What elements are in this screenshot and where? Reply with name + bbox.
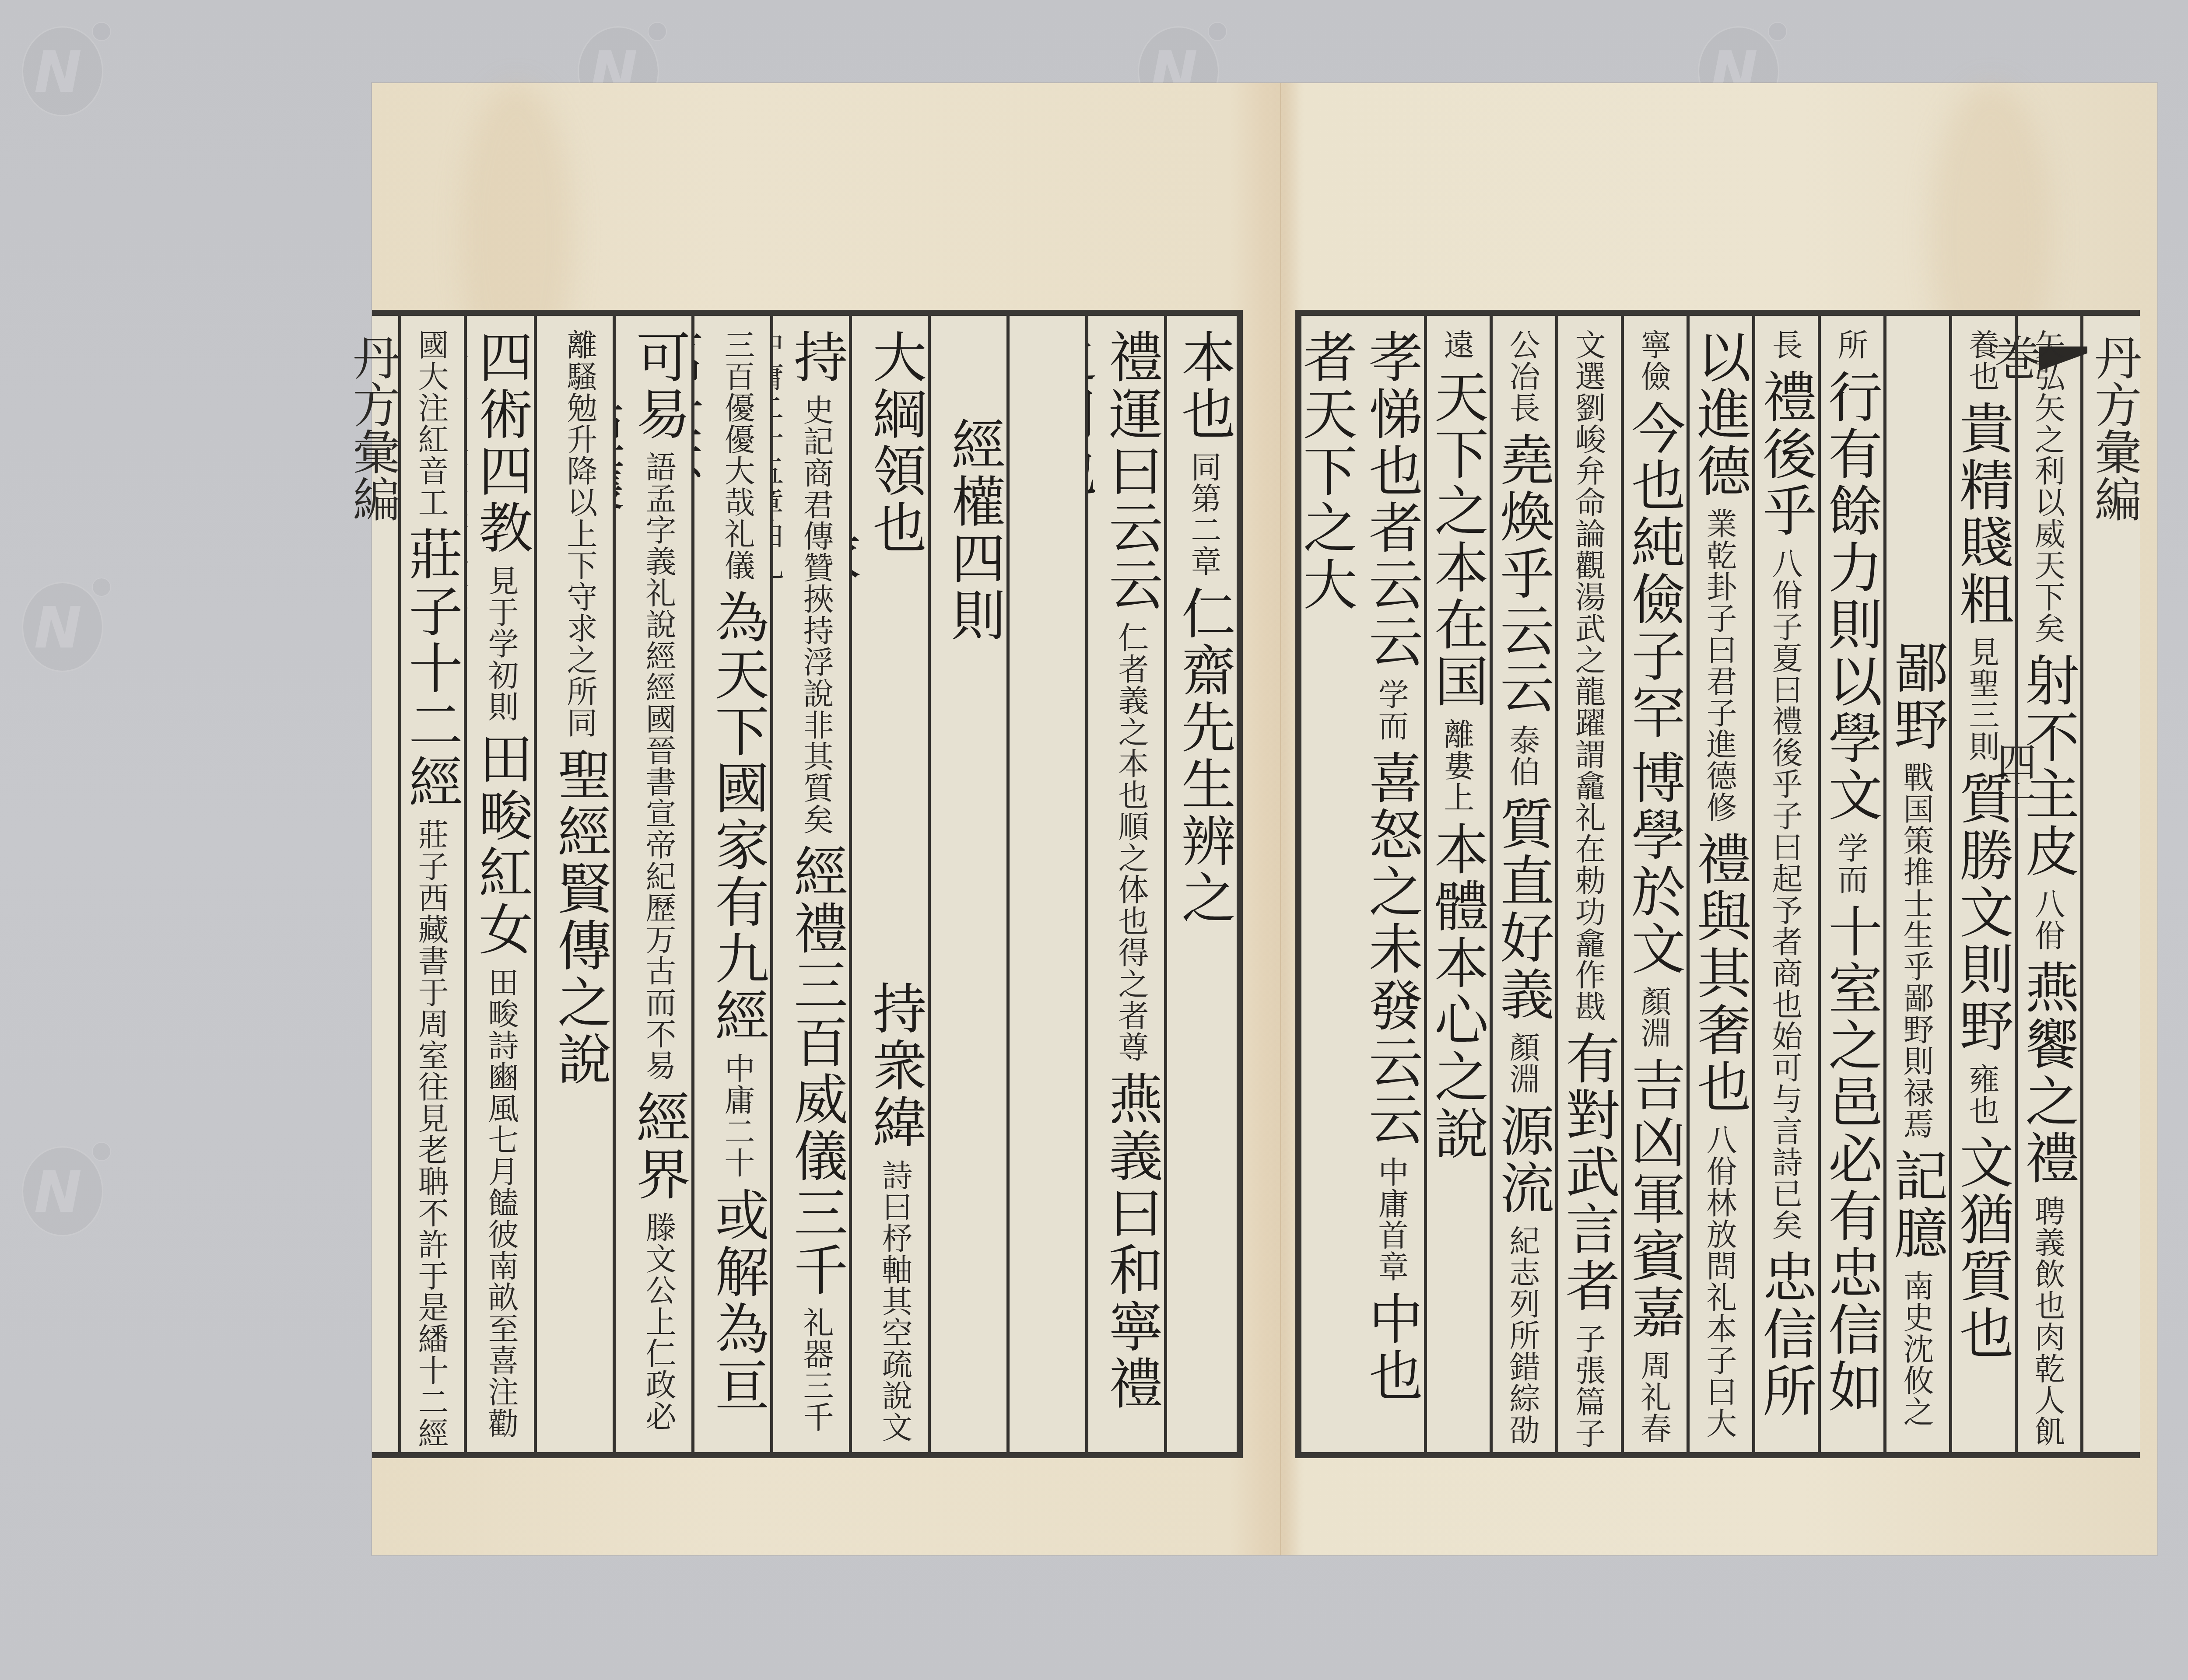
fold-crease bbox=[1280, 83, 1281, 1555]
text-column: 文選劉峻弁命論觀湯武之龍躍謂龕礼在勅功龕作戡 有對武言者 子張篇子貢曰 夫子之文… bbox=[1555, 316, 1621, 1452]
watermark-glyph: N bbox=[34, 1168, 87, 1216]
text-column: 鄙野 戰国策推士生乎鄙野則禄焉 記臆 南史沈攸之傳巻史漢事 bbox=[1883, 316, 1949, 1452]
watermark-dot bbox=[92, 1142, 111, 1161]
text-column: 可易 語孟字義礼說經經國晉書宣帝紀歷万古而不易 經界 滕文公上仁政必自始 矩矱 bbox=[613, 316, 691, 1452]
watermark-dot bbox=[648, 22, 667, 41]
right-page-margin-title: 丹方彙編 巻 四十 bbox=[2080, 316, 2140, 1452]
text-column: 公冶長 堯煥乎云云 泰伯 質直好義 顏淵 源流 紀志列所錯綜劭傳凡弘 bbox=[1490, 316, 1555, 1452]
right-page-frame: 丹方彙編 巻 四十 矢弘矢之利以威天下矣 射不主皮 八佾 燕饗之禮 聘義飲也肉乾… bbox=[1295, 310, 2140, 1458]
left-page-margin-title: 丹方彙編 bbox=[372, 316, 398, 1452]
text-column: 經權四則 bbox=[928, 316, 1006, 1452]
text-column: 離騷勉升降以上下守求之所同 聖經賢傳之說 bbox=[534, 316, 613, 1452]
text-column: 三百優優大哉礼儀 為天下國家有九經 中庸二十 或解為亘萬世不 bbox=[691, 316, 770, 1452]
text-column: 四術四教 見于学初則 田畯紅女 田畯詩豳風七月饁彼南畝至喜注勸農之官紅女董仲舒策 bbox=[464, 316, 534, 1452]
watermark-disc bbox=[22, 26, 103, 116]
watermark-glyph: N bbox=[34, 48, 87, 96]
text-column: 大綱領也 持衆緯 詩曰杼軸其空疏說文曰杼持緯者也 衣 bbox=[849, 316, 928, 1452]
watermark-dot bbox=[1208, 22, 1227, 41]
text-column: 所 行有餘力則以學文 学而 十室之邑必有忠信如丘者 公冶 bbox=[1818, 316, 1883, 1452]
text-column: 寧儉 今也純儉子罕 博學於文 顏淵 吉凶軍賓嘉 周礼春官 甚乱 bbox=[1621, 316, 1687, 1452]
watermark-dot bbox=[92, 22, 111, 41]
watermark-disc bbox=[22, 1146, 103, 1236]
book-title: 丹方彙編 bbox=[2086, 333, 2141, 522]
text-column: 養也 貴精賤粗 見聖三則 質勝文則野 雍也 文猶質也 bbox=[1949, 316, 2015, 1452]
watermark-dot bbox=[92, 577, 111, 597]
watermark-logo: N bbox=[0, 1120, 118, 1238]
blank-column bbox=[1006, 316, 1085, 1452]
book-spread: 丹方彙編 本也 同第二章 仁齋先生辨之 禮運曰云云 仁者義之本也順之体也得之者尊… bbox=[372, 83, 2157, 1555]
text-column: 矢弘矢之利以威天下矣 射不主皮 八佾 燕饗之禮 聘義飲也肉乾人飢而不敢所不敢 bbox=[2015, 316, 2080, 1452]
watermark-logo: N bbox=[0, 556, 118, 674]
watermark-disc bbox=[22, 582, 103, 672]
watermark-dot bbox=[1768, 22, 1787, 41]
left-page-frame: 丹方彙編 本也 同第二章 仁齋先生辨之 禮運曰云云 仁者義之本也順之体也得之者尊… bbox=[372, 310, 1243, 1458]
watermark-glyph: N bbox=[34, 604, 87, 652]
text-column: 孝悌也者云云 学而 喜怒之未發云云 中庸首章 中也者天下之大 bbox=[1301, 316, 1424, 1452]
text-column: 本也 同第二章 仁齋先生辨之 bbox=[1164, 316, 1237, 1452]
book-title: 丹方彙編 bbox=[345, 333, 400, 522]
watermark-logo: N bbox=[0, 0, 118, 118]
text-column: 持 史記商君傳贊挾持浮說非其質矣 經禮三百威儀三千 礼器三千中庸二十五章曲礼 bbox=[770, 316, 849, 1452]
text-column: 遠 天下之本在国 離婁上 本體本心之說 bbox=[1424, 316, 1490, 1452]
text-column: 以進德 業乾卦子曰君子進德修 禮與其奢也 八佾林放問礼本子曰大哉問 bbox=[1687, 316, 1752, 1452]
text-column: 長 禮後乎 八佾子夏曰禮後乎子曰起予者商也始可与言詩已矣 忠信所 bbox=[1752, 316, 1818, 1452]
text-column: 禮運曰云云 仁者義之本也順之体也得之者尊 燕義曰和寧禮之用也 bbox=[1085, 316, 1164, 1452]
text-column: 國大注紅音工 莊子十二經 莊子西藏書于周室往見老聃不許于是繙十二經以說 墨 bbox=[398, 316, 464, 1452]
